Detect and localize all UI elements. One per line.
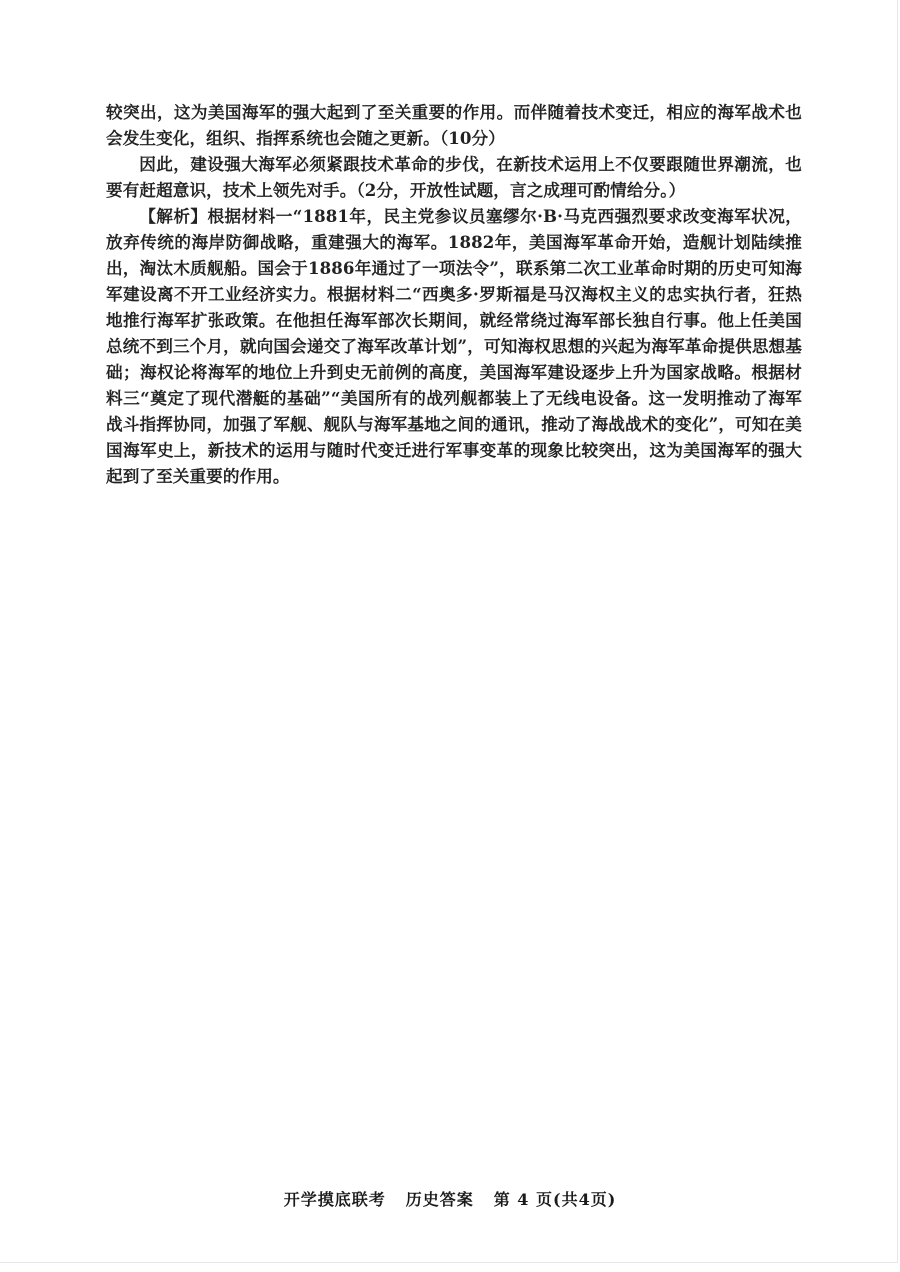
paragraph-analysis: 【解析】根据材料一“1881年，民主党参议员塞缪尔·B·马克西强烈要求改变海军状… [106, 203, 802, 489]
paragraph-continuation: 较突出，这为美国海军的强大起到了至关重要的作用。而伴随着技术变迁，相应的海军战术… [106, 99, 802, 151]
footer-exam-name: 开学摸底联考 [284, 1190, 386, 1209]
footer-page-number: 第 4 页(共4页) [494, 1190, 617, 1209]
document-page: 较突出，这为美国海军的强大起到了至关重要的作用。而伴随着技术变迁，相应的海军战术… [0, 0, 898, 1263]
footer-subject: 历史答案 [406, 1190, 474, 1209]
paragraph-conclusion: 因此，建设强大海军必须紧跟技术革命的步伐，在新技术运用上不仅要跟随世界潮流，也要… [106, 151, 802, 203]
page-footer: 开学摸底联考历史答案第 4 页(共4页) [0, 1187, 900, 1210]
answer-content: 较突出，这为美国海军的强大起到了至关重要的作用。而伴随着技术变迁，相应的海军战术… [106, 99, 802, 489]
